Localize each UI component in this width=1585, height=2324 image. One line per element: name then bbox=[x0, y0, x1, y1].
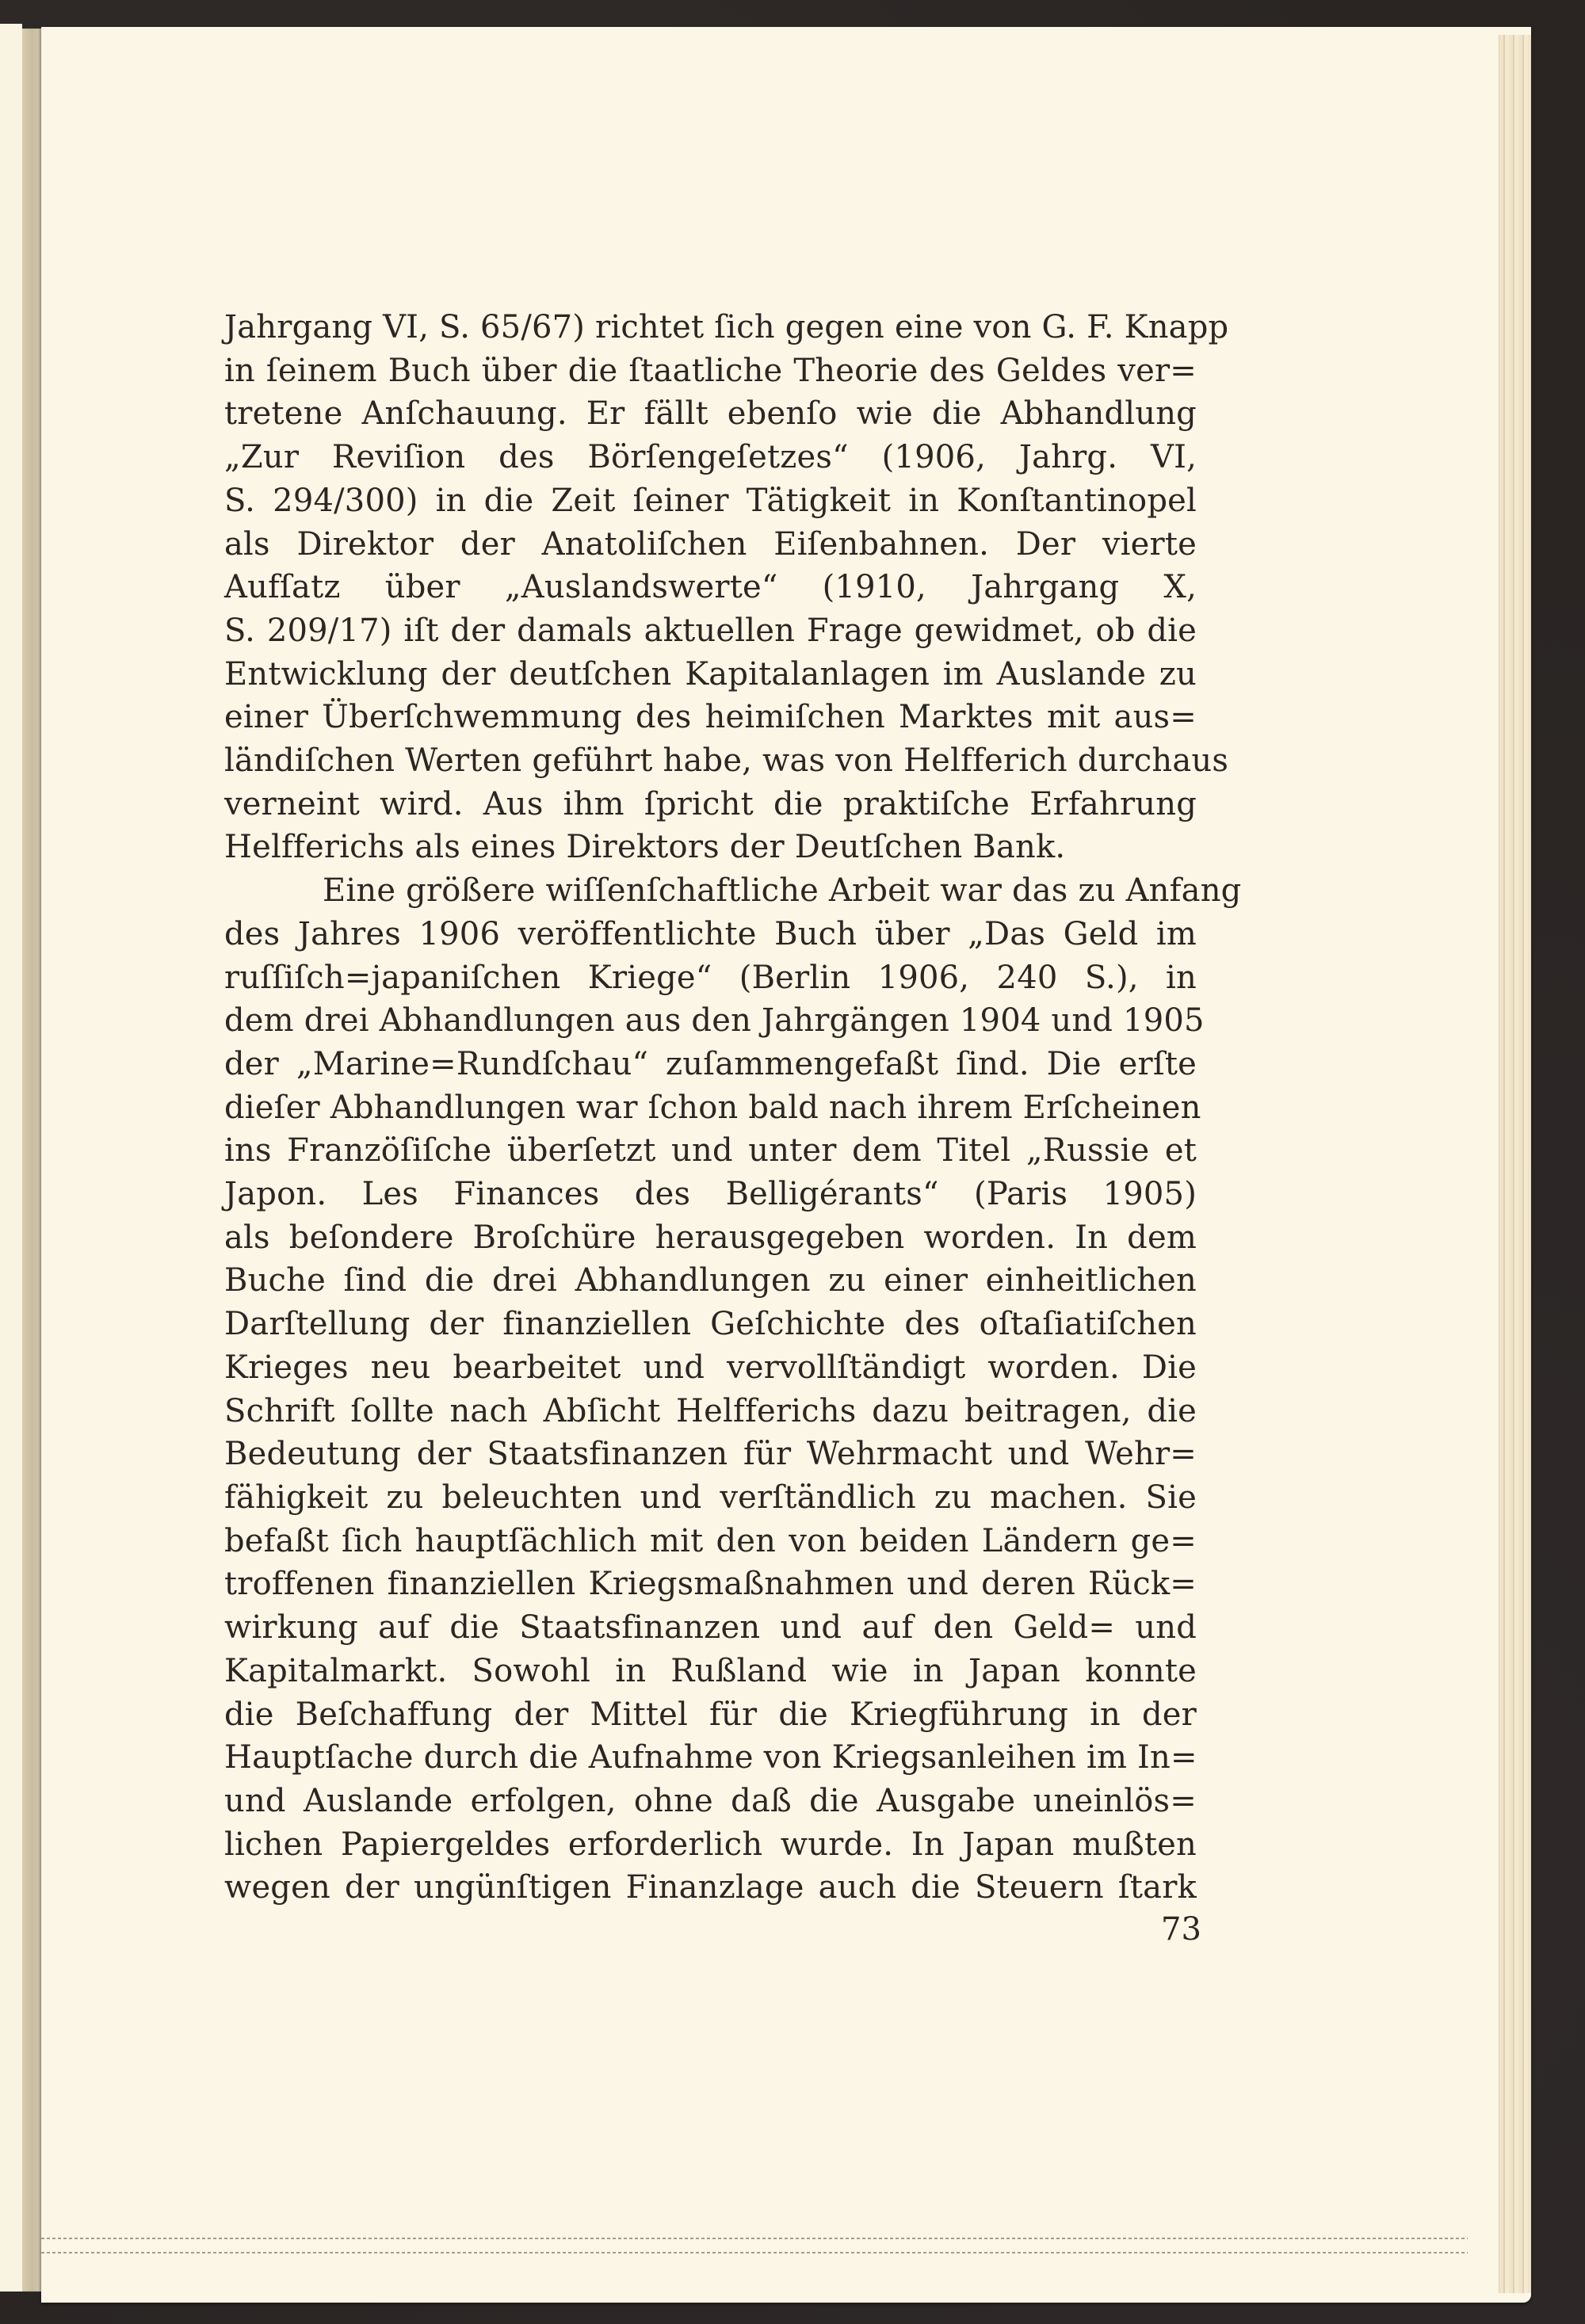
text-line: Entwicklung der deutſchen Kapitalanlagen… bbox=[224, 653, 1197, 696]
text-line: „Zur Reviſion des Börſengeſetzes“ (1906,… bbox=[224, 436, 1197, 479]
paragraph-2: Eine größere wiſſenſchaftliche Arbeit wa… bbox=[224, 869, 1197, 1910]
text-line: lichen Papiergeldes erforderlich wurde. … bbox=[224, 1823, 1197, 1867]
text-line: Helfferichs als eines Direktors der Deut… bbox=[224, 826, 1197, 869]
text-line: Buche ſind die drei Abhandlungen zu eine… bbox=[224, 1259, 1197, 1303]
previous-page-edge bbox=[0, 24, 22, 2292]
page-stack-edge bbox=[1499, 35, 1531, 2293]
text-line: dem drei Abhandlungen aus den Jahrgängen… bbox=[224, 999, 1197, 1043]
text-line: als Direktor der Anatoliſchen Eiſenbahne… bbox=[224, 523, 1197, 567]
text-line: tretene Anſchauung. Er fällt ebenſo wie … bbox=[224, 392, 1197, 436]
text-line: der „Marine=Rundſchau“ zuſammengefaßt ſi… bbox=[224, 1043, 1197, 1086]
text-line: des Jahres 1906 veröffentlichte Buch übe… bbox=[224, 913, 1197, 956]
text-line: Jahrgang VI, S. 65/67) richtet ſich gege… bbox=[224, 306, 1197, 349]
text-line: wegen der ungünſtigen Finanzlage auch di… bbox=[224, 1866, 1197, 1910]
bottom-page-line bbox=[41, 2252, 1468, 2253]
text-line: als beſondere Broſchüre herausgegeben wo… bbox=[224, 1216, 1197, 1260]
text-line: in ſeinem Buch über die ſtaatliche Theor… bbox=[224, 349, 1197, 393]
text-line: ins Franzöſiſche überſetzt und unter dem… bbox=[224, 1129, 1197, 1173]
text-line: fähigkeit zu beleuchten und verſtändlich… bbox=[224, 1476, 1197, 1520]
text-line: ländiſchen Werten geführt habe, was von … bbox=[224, 739, 1197, 783]
text-line: Bedeutung der Staatsfinanzen für Wehrmac… bbox=[224, 1433, 1197, 1476]
book-binding bbox=[22, 29, 41, 2292]
text-line: ruſſiſch=japaniſchen Kriege“ (Berlin 190… bbox=[224, 956, 1197, 1000]
body-text: Jahrgang VI, S. 65/67) richtet ſich gege… bbox=[224, 306, 1197, 1910]
text-line: S. 294/300) in die Zeit ſeiner Tätigkeit… bbox=[224, 479, 1197, 523]
text-line: Japon. Les Finances des Belligérants“ (P… bbox=[224, 1173, 1197, 1216]
text-line: und Auslande erfolgen, ohne daß die Ausg… bbox=[224, 1780, 1197, 1823]
text-line: S. 209/17) iſt der damals aktuellen Frag… bbox=[224, 609, 1197, 653]
text-line: einer Überſchwemmung des heimiſchen Mark… bbox=[224, 696, 1197, 739]
text-line: die Beſchaffung der Mittel für die Krieg… bbox=[224, 1693, 1197, 1737]
text-line: Eine größere wiſſenſchaftliche Arbeit wa… bbox=[224, 869, 1197, 913]
text-line: Schrift ſollte nach Abſicht Helfferichs … bbox=[224, 1390, 1197, 1433]
text-line: Aufſatz über „Auslandswerte“ (1910, Jahr… bbox=[224, 566, 1197, 609]
page-number: 73 bbox=[1161, 1911, 1201, 1948]
text-line: Kapitalmarkt. Sowohl in Rußland wie in J… bbox=[224, 1650, 1197, 1693]
book-page: Jahrgang VI, S. 65/67) richtet ſich gege… bbox=[41, 27, 1531, 2303]
text-line: befaßt ſich hauptſächlich mit den von be… bbox=[224, 1520, 1197, 1563]
paragraph-1: Jahrgang VI, S. 65/67) richtet ſich gege… bbox=[224, 306, 1197, 869]
bottom-page-line bbox=[41, 2238, 1468, 2239]
text-line: troffenen finanziellen Kriegsmaßnahmen u… bbox=[224, 1563, 1197, 1606]
text-line: verneint wird. Aus ihm ſpricht die prakt… bbox=[224, 783, 1197, 826]
text-line: Krieges neu bearbeitet und vervollſtändi… bbox=[224, 1346, 1197, 1390]
text-line: dieſer Abhandlungen war ſchon bald nach … bbox=[224, 1086, 1197, 1130]
text-line: Hauptſache durch die Aufnahme von Kriegs… bbox=[224, 1736, 1197, 1780]
text-line: wirkung auf die Staatsfinanzen und auf d… bbox=[224, 1606, 1197, 1650]
text-line: Darſtellung der finanziellen Geſchichte … bbox=[224, 1303, 1197, 1346]
